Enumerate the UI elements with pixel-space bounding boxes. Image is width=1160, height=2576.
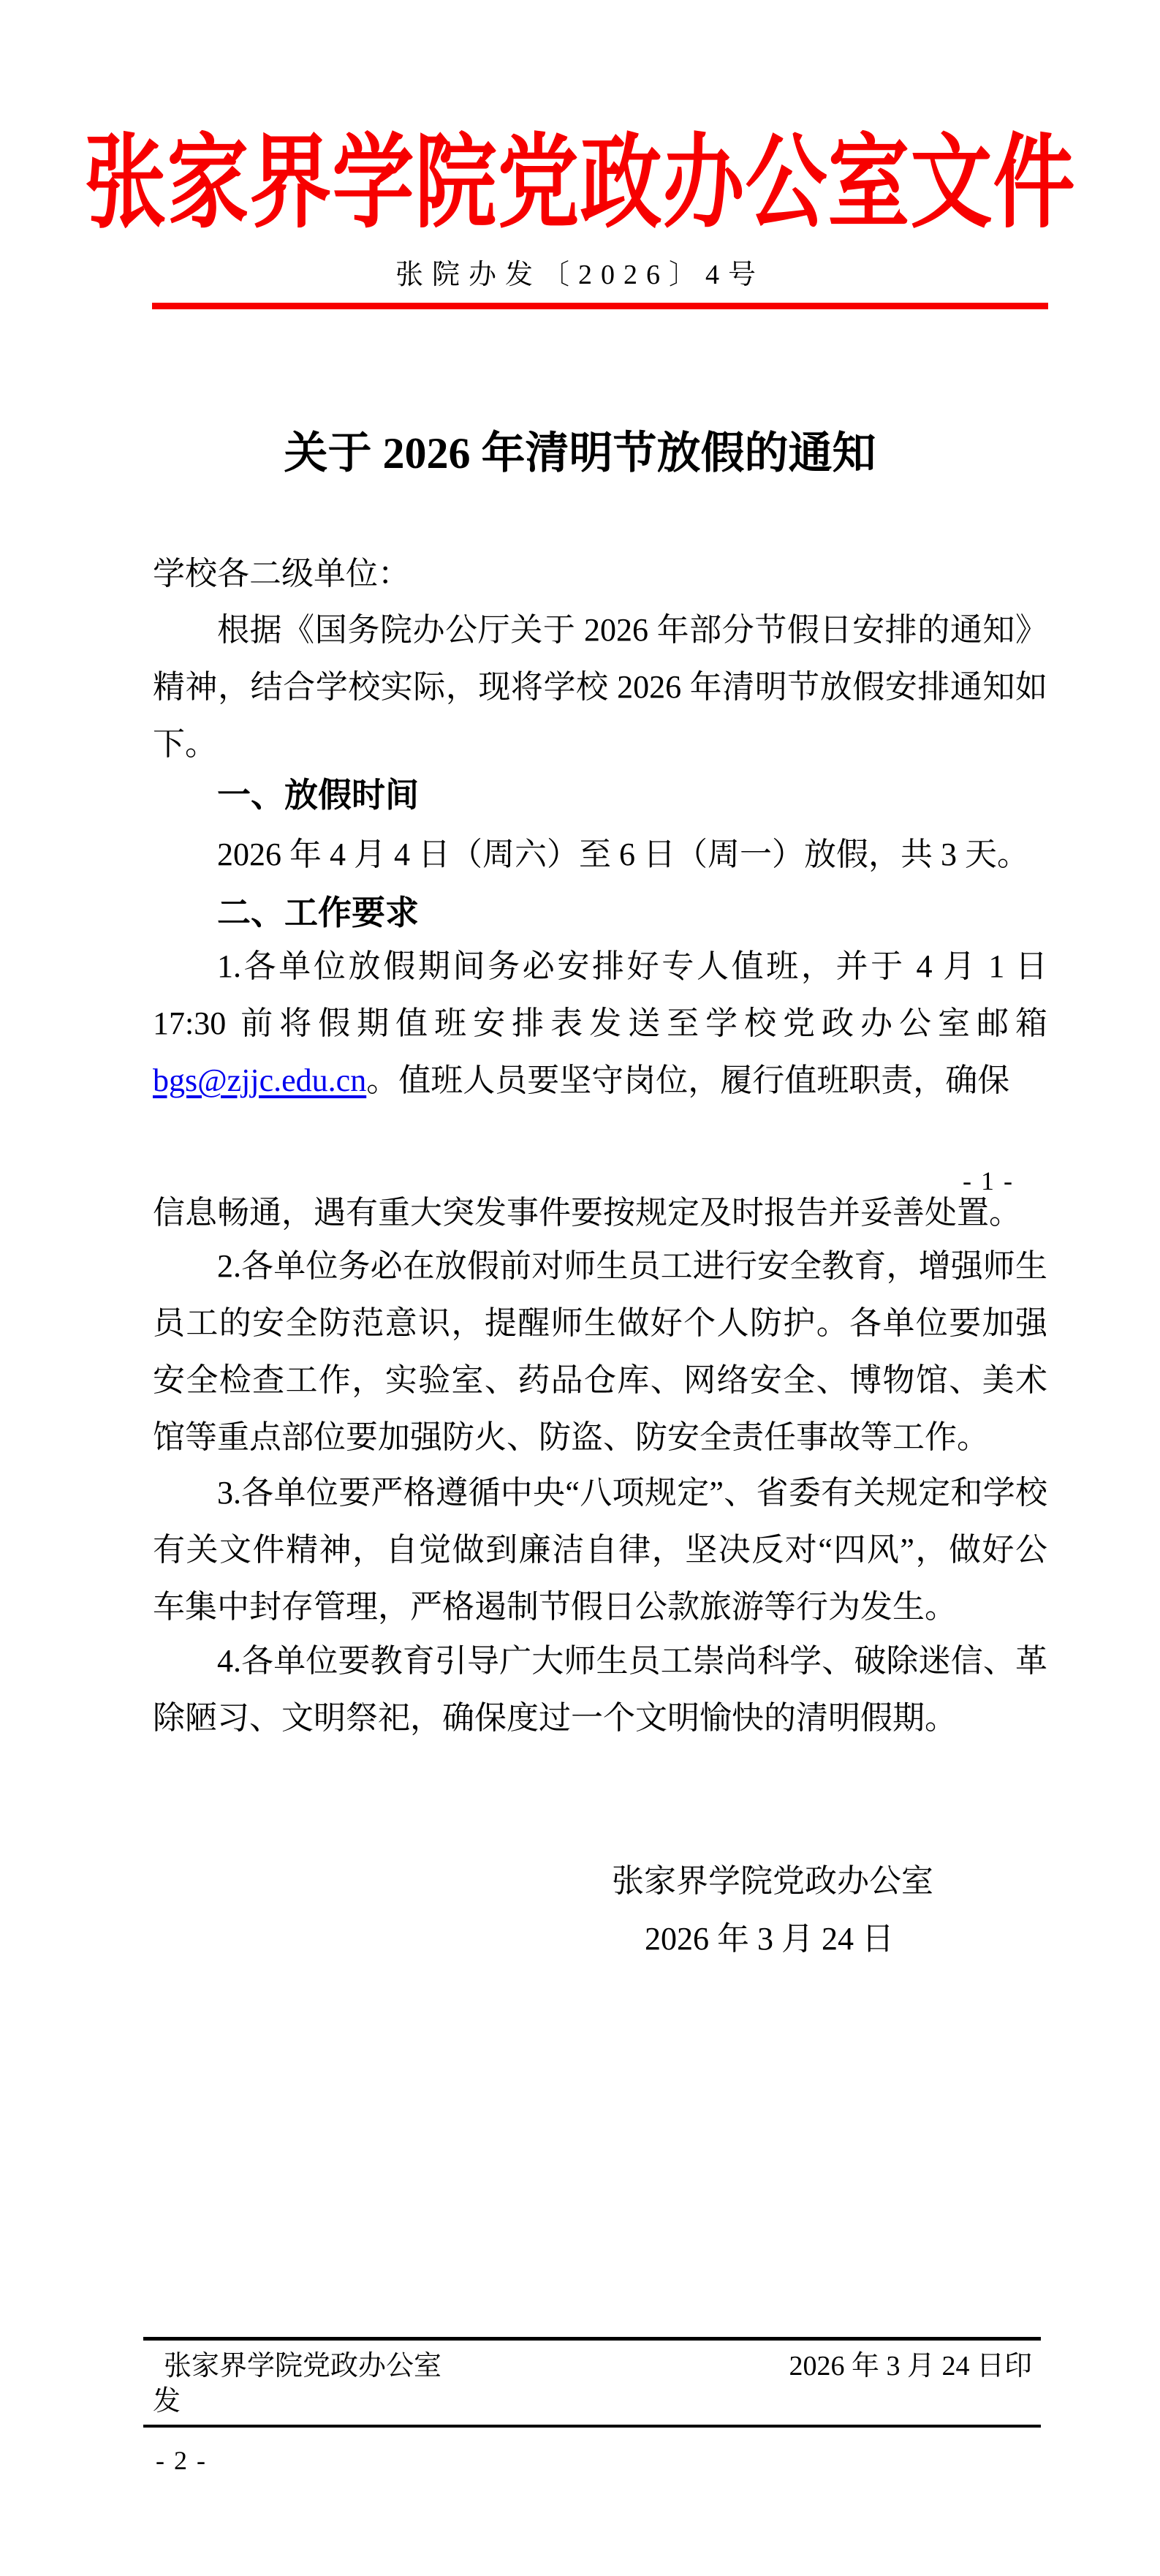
- footer-rule-top: [143, 2337, 1041, 2341]
- work-item-1-text-after-email: 。值班人员要坚守岗位，履行值班职责，确保: [366, 1062, 1009, 1098]
- holiday-dates: 2026 年 4 月 4 日（周六）至 6 日（周一）放假，共 3 天。: [153, 826, 1047, 883]
- document-page: 张家界学院党政办公室文件 张院办发〔2026〕4号 关于 2026 年清明节放假…: [0, 0, 1160, 2576]
- footer-print-row: 张家界学院党政办公室 2026 年 3 月 24 日印: [143, 2349, 1041, 2384]
- org-header-title: 张家界学院党政办公室文件: [0, 101, 1160, 248]
- intro-paragraph: 根据《国务院办公厅关于 2026 年部分节假日安排的通知》精神，结合学校实际，现…: [153, 602, 1047, 773]
- section1-heading: 一、放假时间: [153, 772, 1047, 817]
- footer-print-date-wrap: 发: [153, 2384, 181, 2419]
- footer-print-date: 2026 年 3 月 24 日印: [789, 2349, 1041, 2384]
- work-item-1: 1.各单位放假期间务必安排好专人值班，并于 4 月 1 日 17:30 前将假期…: [153, 938, 1047, 1109]
- work-item-4: 4.各单位要教育引导广大师生员工崇尚科学、破除迷信、革除陋习、文明祭祀，确保度过…: [153, 1633, 1047, 1747]
- email-link[interactable]: bgs@zjjc.edu.cn: [153, 1062, 366, 1098]
- signature-org: 张家界学院党政办公室: [612, 1859, 933, 1903]
- work-item-2: 2.各单位务必在放假前对师生员工进行安全教育，增强师生员工的安全防范意识，提醒师…: [153, 1238, 1047, 1466]
- work-item-1-text-before-email: 1.各单位放假期间务必安排好专人值班，并于 4 月 1 日 17:30 前将假期…: [153, 948, 1047, 1041]
- signature-date: 2026 年 3 月 24 日: [645, 1917, 894, 1961]
- work-item-1-continued: 信息畅通，遇有重大突发事件要按规定及时报告并妥善处置。: [153, 1185, 1047, 1242]
- notice-title: 关于 2026 年清明节放假的通知: [0, 418, 1160, 481]
- footer-rule-bottom: [143, 2425, 1041, 2428]
- page-number-2: - 2 -: [156, 2445, 207, 2476]
- doc-number: 张院办发〔2026〕4号: [0, 252, 1160, 292]
- work-item-3: 3.各单位要严格遵循中央“八项规定”、省委有关规定和学校有关文件精神，自觉做到廉…: [153, 1465, 1047, 1636]
- section2-heading: 二、工作要求: [153, 890, 1047, 935]
- red-divider-rule: [152, 303, 1048, 309]
- footer-issuer: 张家界学院党政办公室: [143, 2349, 441, 2384]
- salutation: 学校各二级单位：: [153, 545, 1047, 603]
